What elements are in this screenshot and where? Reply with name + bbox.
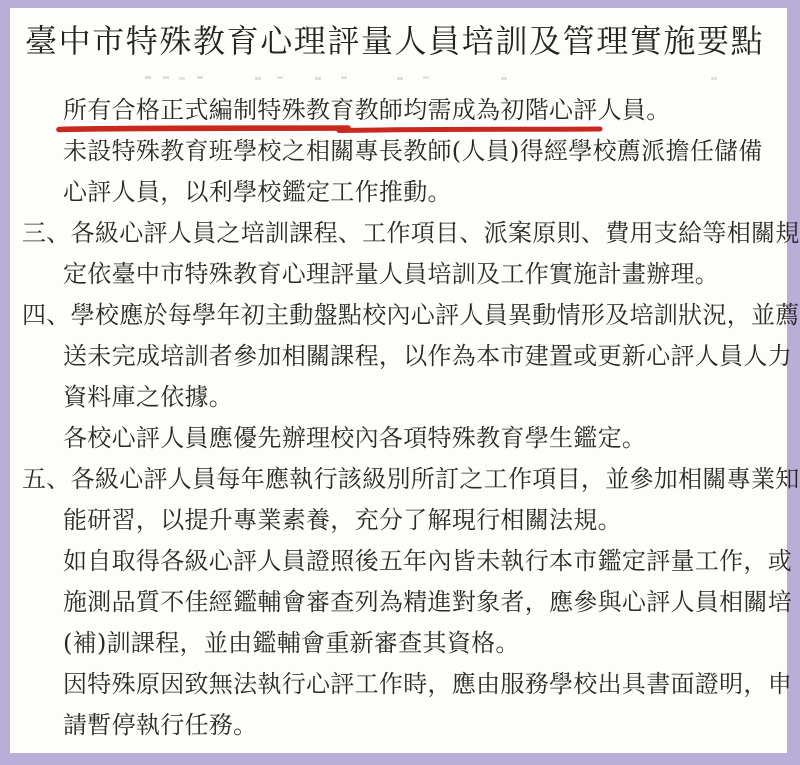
document-page: 臺中市特殊教育心理評量人員培訓及管理實施要點 所有合格正式編制特殊教育教師均需成… [10,8,787,753]
text-line: 送未完成培訓者參加相關課程，以作為本市建置或更新心評人員人力 [22,336,787,377]
document-lines: 所有合格正式編制特殊教育教師均需成為初階心評人員。未設特殊教育班學校之相關專長教… [22,90,787,746]
text-line: 能研習，以提升專業素養，充分了解現行相關法規。 [22,500,787,541]
text-line: 三、各級心評人員之培訓課程、工作項目、派案原則、費用支給等相關規 [22,213,787,254]
text-line: 資料庫之依據。 [22,377,787,418]
document-title: 臺中市特殊教育心理評量人員培訓及管理實施要點 [25,16,785,62]
text-line: 請暫停執行任務。 [22,705,787,746]
text-line: 心評人員，以利學校鑑定工作推動。 [22,172,787,213]
text-line: 未設特殊教育班學校之相關專長教師(人員)得經學校薦派擔任儲備 [22,131,787,172]
text-line: 因特殊原因致無法執行心評工作時，應由服務學校出具書面證明，申 [22,664,787,705]
scan-artifacts [145,76,151,79]
text-line: (補)訓課程，並由鑑輔會重新審查其資格。 [22,623,787,664]
text-line: 如自取得各級心評人員證照後五年內皆未執行本市鑑定評量工作，或 [22,541,787,582]
text-line: 四、學校應於每學年初主動盤點校內心評人員異動情形及培訓狀況，並薦 [22,295,787,336]
text-line: 定依臺中市特殊教育心理評量人員培訓及工作實施計畫辦理。 [22,254,787,295]
text-line-underlined: 所有合格正式編制特殊教育教師均需成為初階心評人員。 [22,90,787,131]
text-line: 各校心評人員應優先辦理校內各項特殊教育學生鑑定。 [22,418,787,459]
text-line: 五、各級心評人員每年應執行該級別所訂之工作項目，並參加相關專業知 [22,459,787,500]
text-line: 施測品質不佳經鑑輔會審查列為精進對象者，應參與心評人員相關培 [22,582,787,623]
